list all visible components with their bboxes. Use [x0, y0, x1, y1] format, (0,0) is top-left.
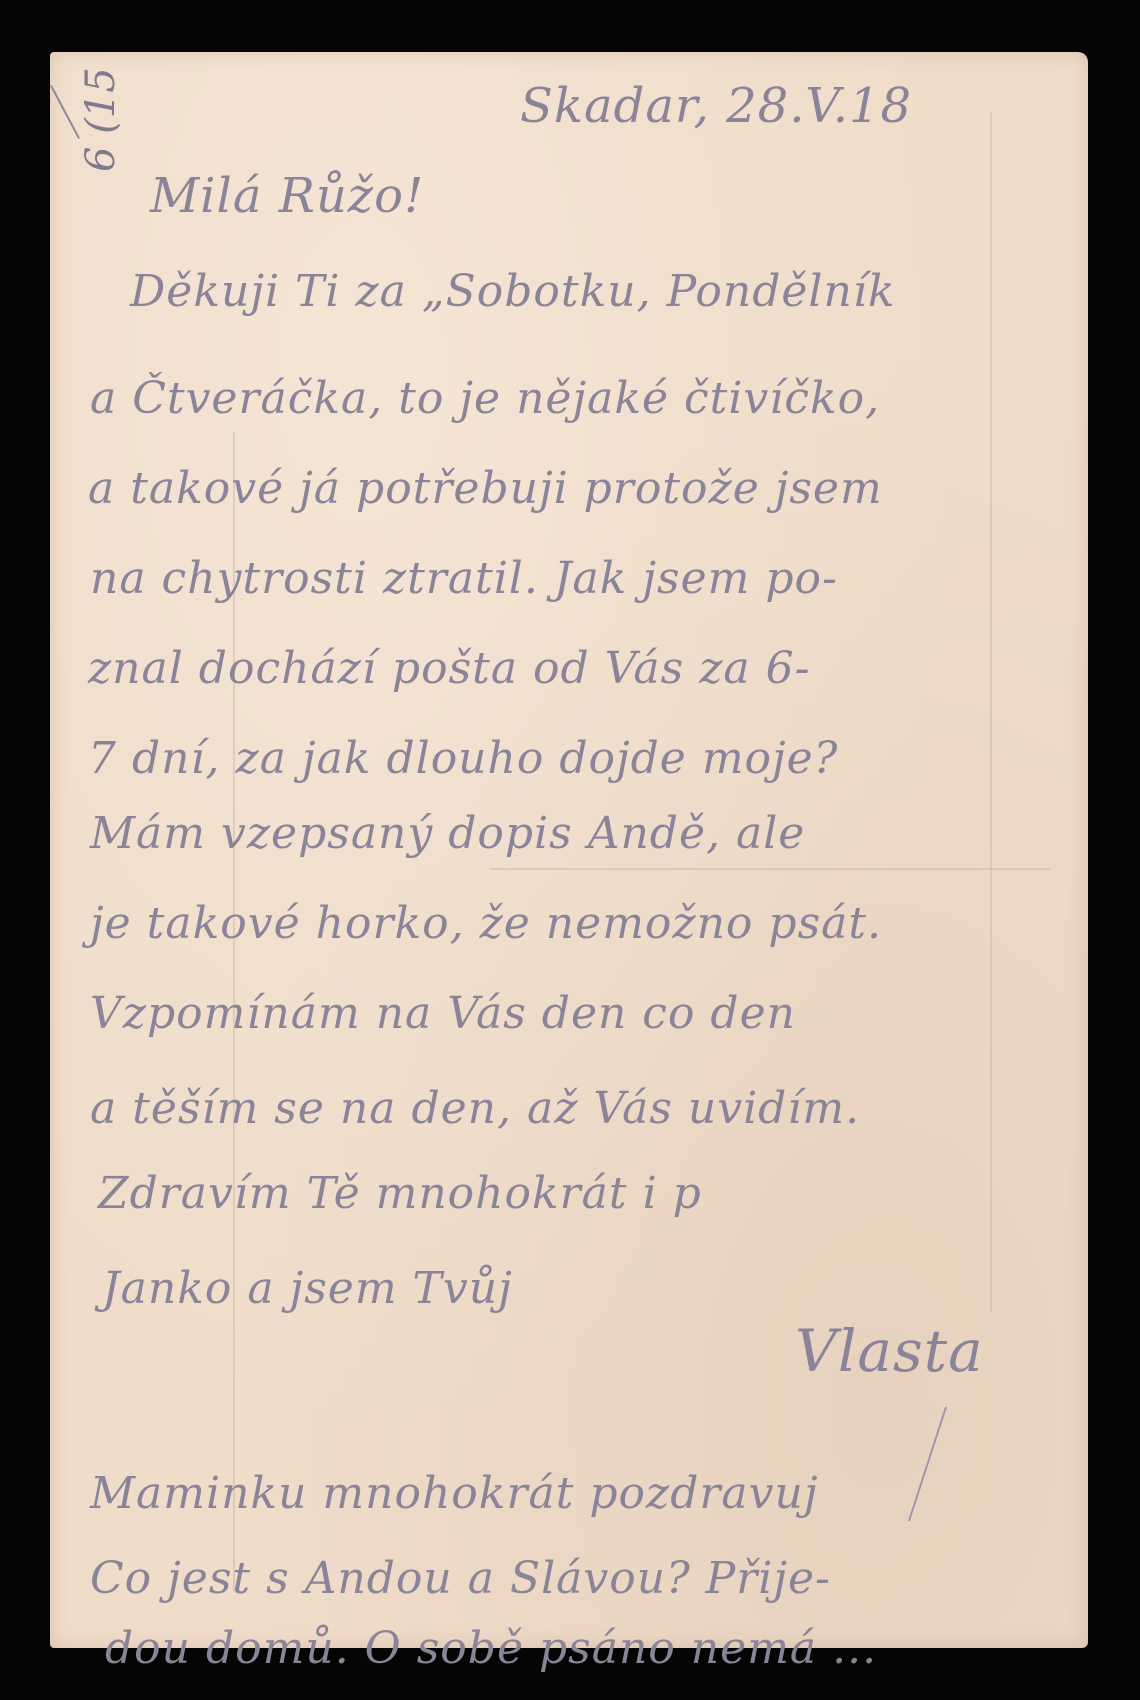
- postscript-line: Maminku mnohokrát pozdravuj: [90, 1472, 819, 1516]
- body-line: a těším se na den, až Vás uvidím.: [90, 1087, 860, 1131]
- fold-crease-right: [990, 112, 992, 1312]
- signature-flourish: [908, 1407, 947, 1522]
- body-line: Vzpomínám na Vás den co den: [90, 992, 796, 1036]
- body-line: Mám vzepsaný dopis Andě, ale: [90, 812, 805, 856]
- signature: Vlasta: [795, 1322, 984, 1380]
- body-line: znal dochází pošta od Vás za 6-: [88, 647, 811, 691]
- body-line: a takové já potřebuji protože jsem: [88, 467, 883, 511]
- postscript-line: dou domů. O sobě psáno nemá ...: [105, 1627, 877, 1671]
- body-line: 7 dní, za jak dlouho dojde moje?: [88, 737, 838, 781]
- salutation: Milá Růžo!: [150, 172, 424, 220]
- fold-crease-horizontal: [490, 868, 1050, 870]
- body-line: na chytrosti ztratil. Jak jsem po-: [90, 557, 838, 601]
- postscript-line: Co jest s Andou a Slávou? Přije-: [90, 1557, 831, 1601]
- body-line: Děkuji Ti za „Sobotku, Pondělník: [130, 270, 896, 314]
- body-line: Zdravím Tě mnohokrát i p: [98, 1172, 702, 1216]
- postcard-back: 6 (15 Skadar, 28.V.18 Milá Růžo! Děkuji …: [50, 52, 1088, 1648]
- margin-pencil-stroke: [50, 85, 80, 139]
- place-and-date: Skadar, 28.V.18: [520, 82, 912, 130]
- body-line: a Čtveráčka, to je nějaké čtivíčko,: [90, 377, 880, 421]
- body-line: je takové horko, že nemožno psát.: [90, 902, 882, 946]
- body-line: Janko a jsem Tvůj: [102, 1267, 513, 1311]
- margin-annotation: 6 (15: [78, 92, 124, 172]
